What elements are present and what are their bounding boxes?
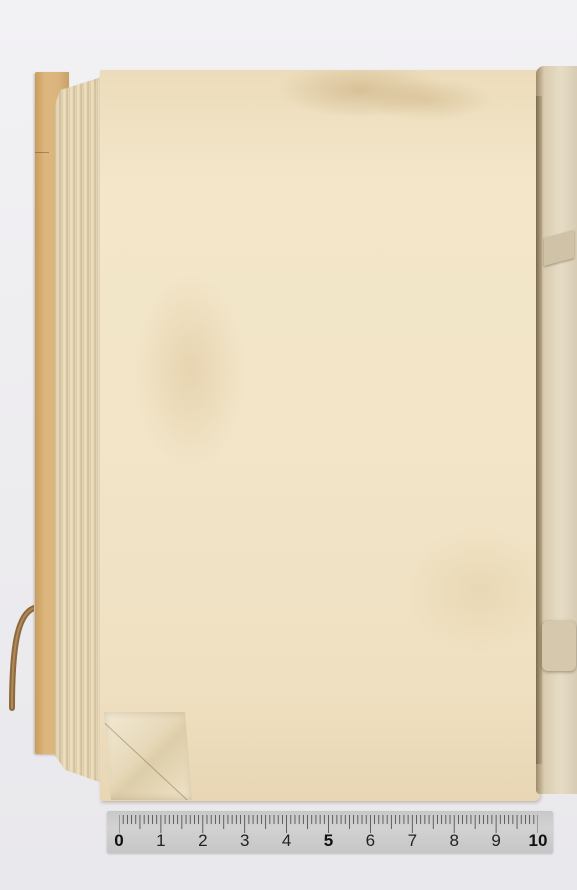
page-edges xyxy=(55,76,105,784)
ruler-label-0: 0 xyxy=(114,831,123,851)
ruler-label-6: 6 xyxy=(366,831,375,851)
bookmark-thong xyxy=(4,604,34,712)
blank-page xyxy=(100,70,540,801)
binding-tab-top xyxy=(544,230,574,266)
photo-scene: 0 1 2 3 4 5 6 7 8 9 10 xyxy=(0,0,577,890)
ruler-label-5: 5 xyxy=(324,831,333,851)
ruler-ticks xyxy=(119,813,538,833)
right-pastedown xyxy=(536,66,577,794)
scale-ruler: 0 1 2 3 4 5 6 7 8 9 10 xyxy=(107,811,553,853)
ruler-label-7: 7 xyxy=(408,831,417,851)
folded-page-corner xyxy=(104,712,192,800)
ruler-label-10: 10 xyxy=(529,831,548,851)
ruler-label-4: 4 xyxy=(282,831,291,851)
ruler-label-1: 1 xyxy=(156,831,165,851)
ruler-label-9: 9 xyxy=(491,831,500,851)
ruler-label-3: 3 xyxy=(240,831,249,851)
binding-tab-bottom xyxy=(542,621,576,671)
ruler-label-2: 2 xyxy=(198,831,207,851)
ruler-label-8: 8 xyxy=(449,831,458,851)
